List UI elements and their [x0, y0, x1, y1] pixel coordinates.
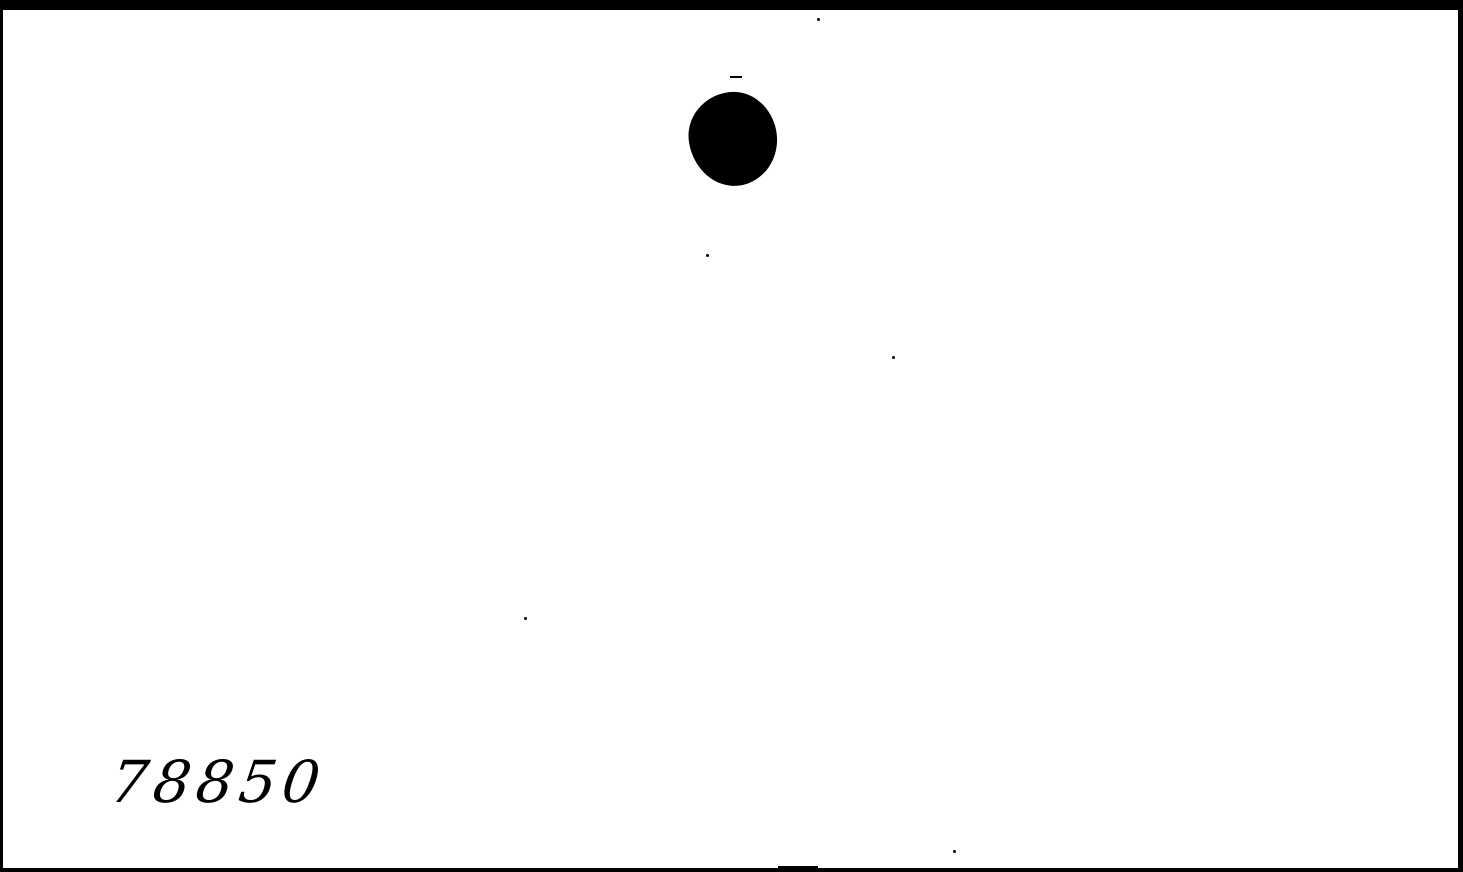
punched-hole [683, 86, 783, 191]
speck [892, 356, 895, 359]
speck [706, 254, 709, 257]
handwritten-number: 78850 [106, 748, 330, 816]
edge-mark [778, 866, 818, 868]
speck [817, 18, 820, 21]
index-card: 78850 [3, 10, 1458, 868]
speck [524, 617, 527, 620]
hole-mark [730, 76, 742, 78]
speck [953, 850, 956, 853]
